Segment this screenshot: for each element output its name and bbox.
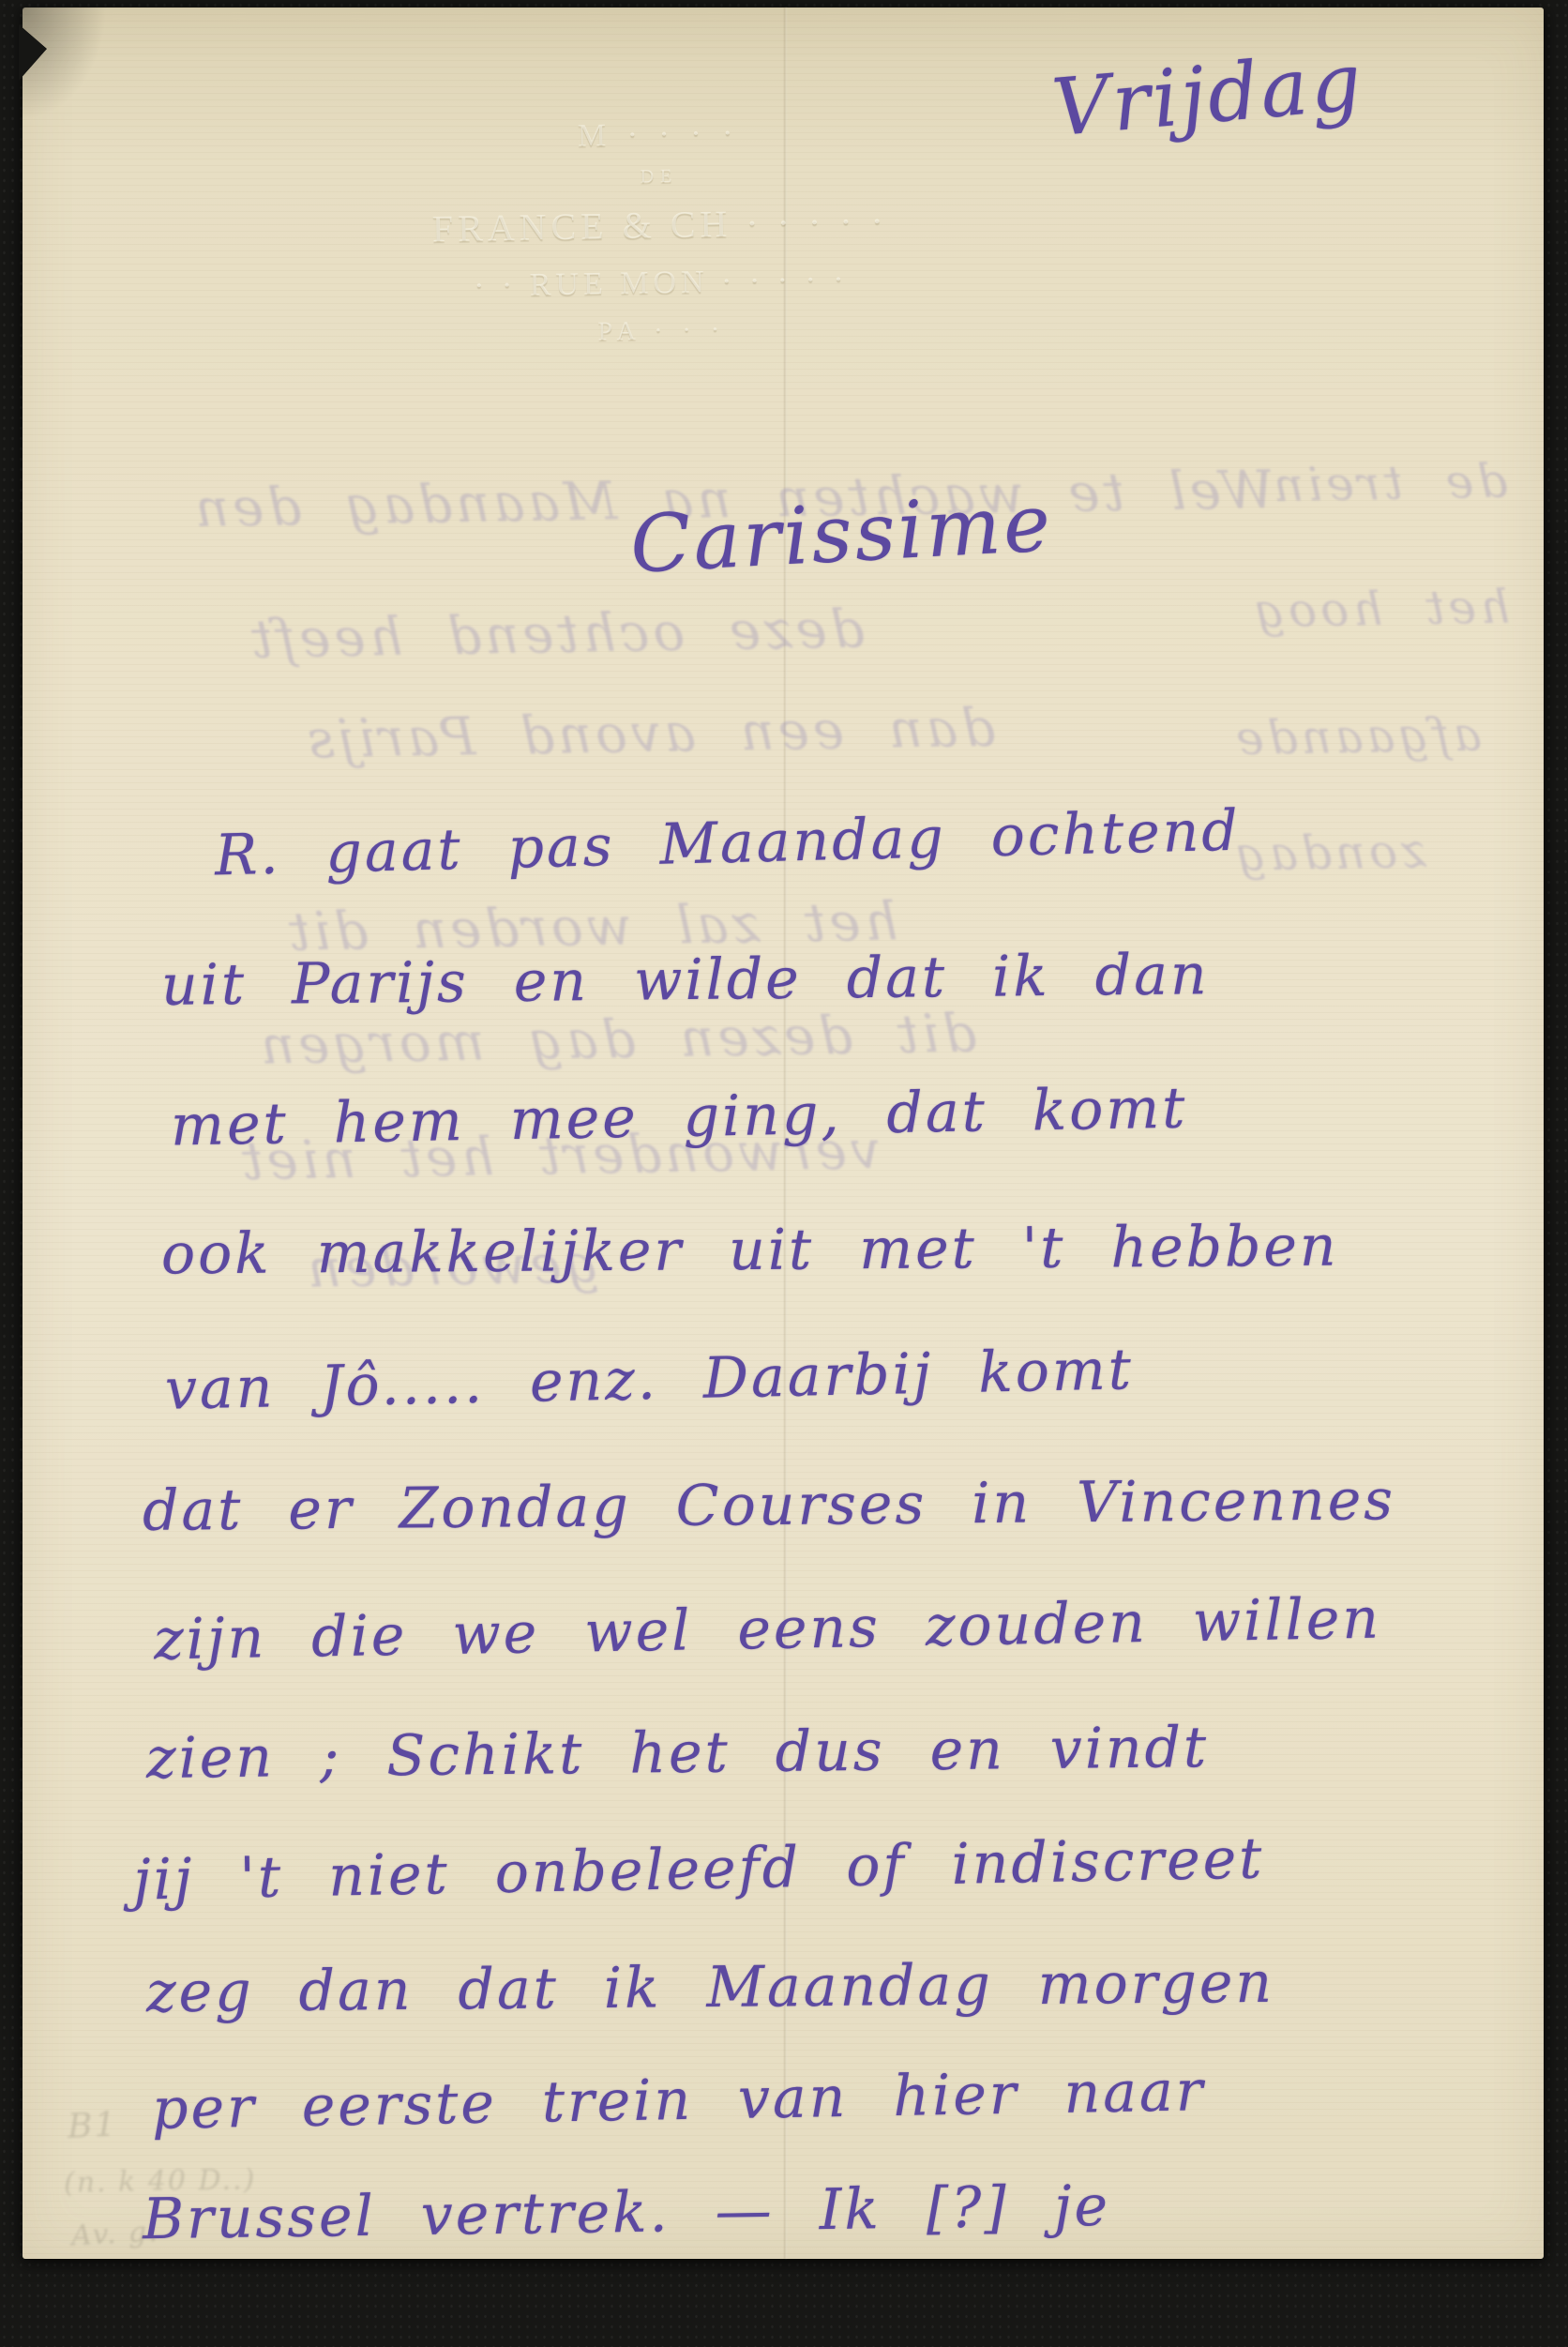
letterhead-line: FRANCE & CH · · · · · bbox=[360, 198, 961, 252]
body-line-5: van Jô..... enz. Daarbij komt bbox=[164, 1337, 1134, 1423]
bleed-through-text: zondag bbox=[1232, 824, 1426, 882]
body-line-12: Brussel vertrek. — Ik [?] je bbox=[143, 2173, 1111, 2252]
salutation: Carissime bbox=[628, 477, 1055, 590]
bleed-through-text: afgaande bbox=[1232, 707, 1483, 766]
letterhead-line: DE bbox=[359, 161, 959, 193]
date-line: Vrijdag bbox=[1048, 36, 1367, 155]
pencil-annotation: B1 bbox=[67, 2106, 118, 2146]
body-line-4: ook makkelijker uit met 't hebben bbox=[161, 1214, 1339, 1288]
body-line-2: uit Parijs en wilde dat ik dan bbox=[161, 942, 1210, 1019]
body-line-10: zeg dan dat ik Maandag morgen bbox=[146, 1950, 1275, 2025]
photograph-background: M · · · · DE FRANCE & CH · · · · · · · R… bbox=[0, 0, 1568, 2347]
body-line-7: zijn die we wel eens zouden willen bbox=[153, 1586, 1381, 1673]
bleed-through-text: dan een avond Parijs bbox=[303, 698, 995, 771]
letterhead-line: M · · · · bbox=[358, 113, 959, 159]
bleed-through-text: de trein bbox=[1270, 454, 1508, 512]
letterhead-line: · · RUE MON · · · · · bbox=[361, 261, 962, 307]
bleed-through-text: het hoog bbox=[1251, 580, 1511, 639]
letterhead-line: PA · · · bbox=[362, 311, 962, 352]
body-line-11: per eerste trein van hier naar bbox=[151, 2058, 1205, 2143]
body-line-3: met hem mee ging, dat komt bbox=[170, 1076, 1187, 1159]
paper-edge-notch bbox=[19, 24, 47, 81]
body-line-1: R. gaat pas Maandag ochtend bbox=[214, 798, 1241, 889]
body-line-6: dat er Zondag Courses in Vincennes bbox=[143, 1467, 1396, 1544]
bleed-through-text: deze ochtend heeft bbox=[247, 598, 865, 670]
body-line-9: jij 't niet onbeleefd of indiscreet bbox=[132, 1825, 1264, 1913]
body-line-8: zien ; Schikt het dus en vindt bbox=[146, 1715, 1210, 1792]
letter-page: M · · · · DE FRANCE & CH · · · · · · · R… bbox=[23, 8, 1544, 2259]
embossed-letterhead: M · · · · DE FRANCE & CH · · · · · · · R… bbox=[358, 113, 962, 352]
